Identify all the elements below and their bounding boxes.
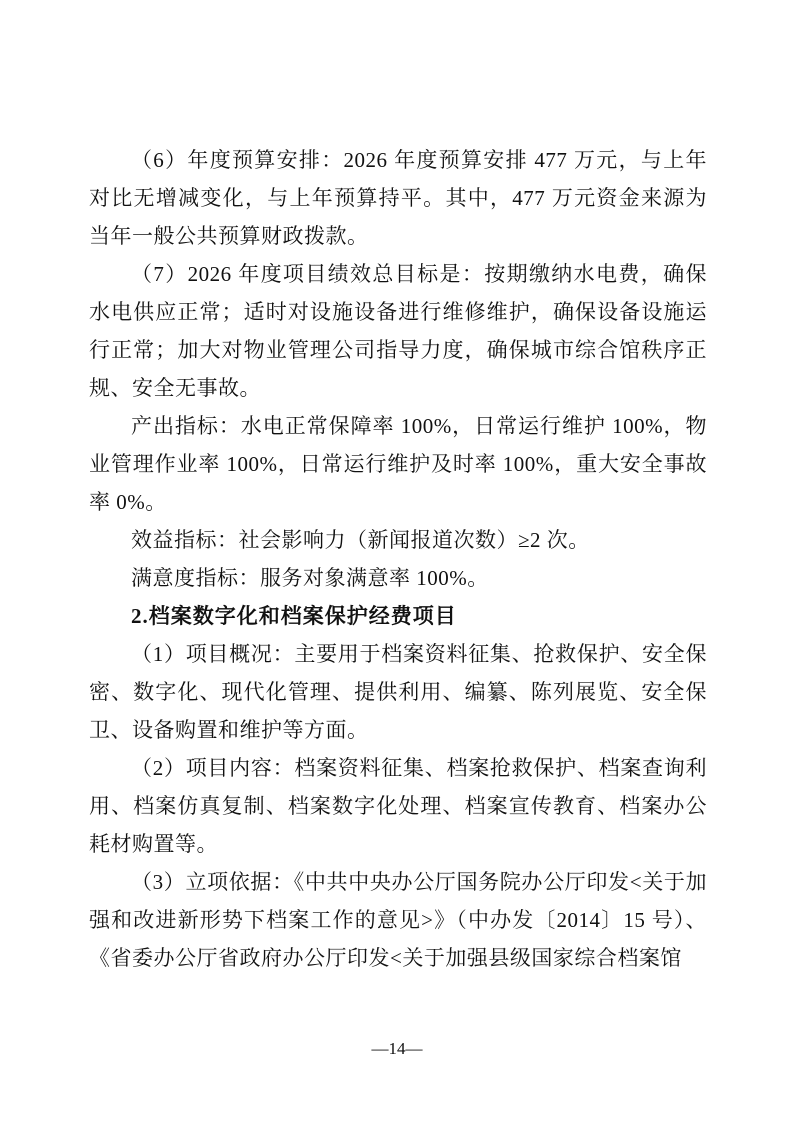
paragraph-satisfaction-indicators: 满意度指标：服务对象满意率 100%。 [89, 559, 707, 597]
document-viewport: { "doc": { "paragraphs": [ { "text": "（6… [0, 0, 794, 1123]
section-heading-archives-project: 2.档案数字化和档案保护经费项目 [89, 597, 707, 635]
document-page: （6）年度预算安排：2026 年度预算安排 477 万元，与上年对比无增减变化，… [0, 0, 794, 1123]
paragraph-benefit-indicators: 效益指标：社会影响力（新闻报道次数）≥2 次。 [89, 521, 707, 559]
paragraph-annual-budget: （6）年度预算安排：2026 年度预算安排 477 万元，与上年对比无增减变化，… [89, 141, 707, 255]
page-number: —14— [0, 1039, 794, 1059]
paragraph-project-basis: （3）立项依据：《中共中央办公厅国务院办公厅印发<关于加强和改进新形势下档案工作… [89, 863, 707, 977]
paragraph-project-overview: （1）项目概况：主要用于档案资料征集、抢救保护、安全保密、数字化、现代化管理、提… [89, 635, 707, 749]
paragraph-project-content: （2）项目内容：档案资料征集、档案抢救保护、档案查询利用、档案仿真复制、档案数字… [89, 749, 707, 863]
paragraph-output-indicators: 产出指标：水电正常保障率 100%，日常运行维护 100%，物业管理作业率 10… [89, 407, 707, 521]
document-body: （6）年度预算安排：2026 年度预算安排 477 万元，与上年对比无增减变化，… [89, 141, 707, 977]
paragraph-performance-goal: （7）2026 年度项目绩效总目标是：按期缴纳水电费，确保水电供应正常；适时对设… [89, 255, 707, 407]
